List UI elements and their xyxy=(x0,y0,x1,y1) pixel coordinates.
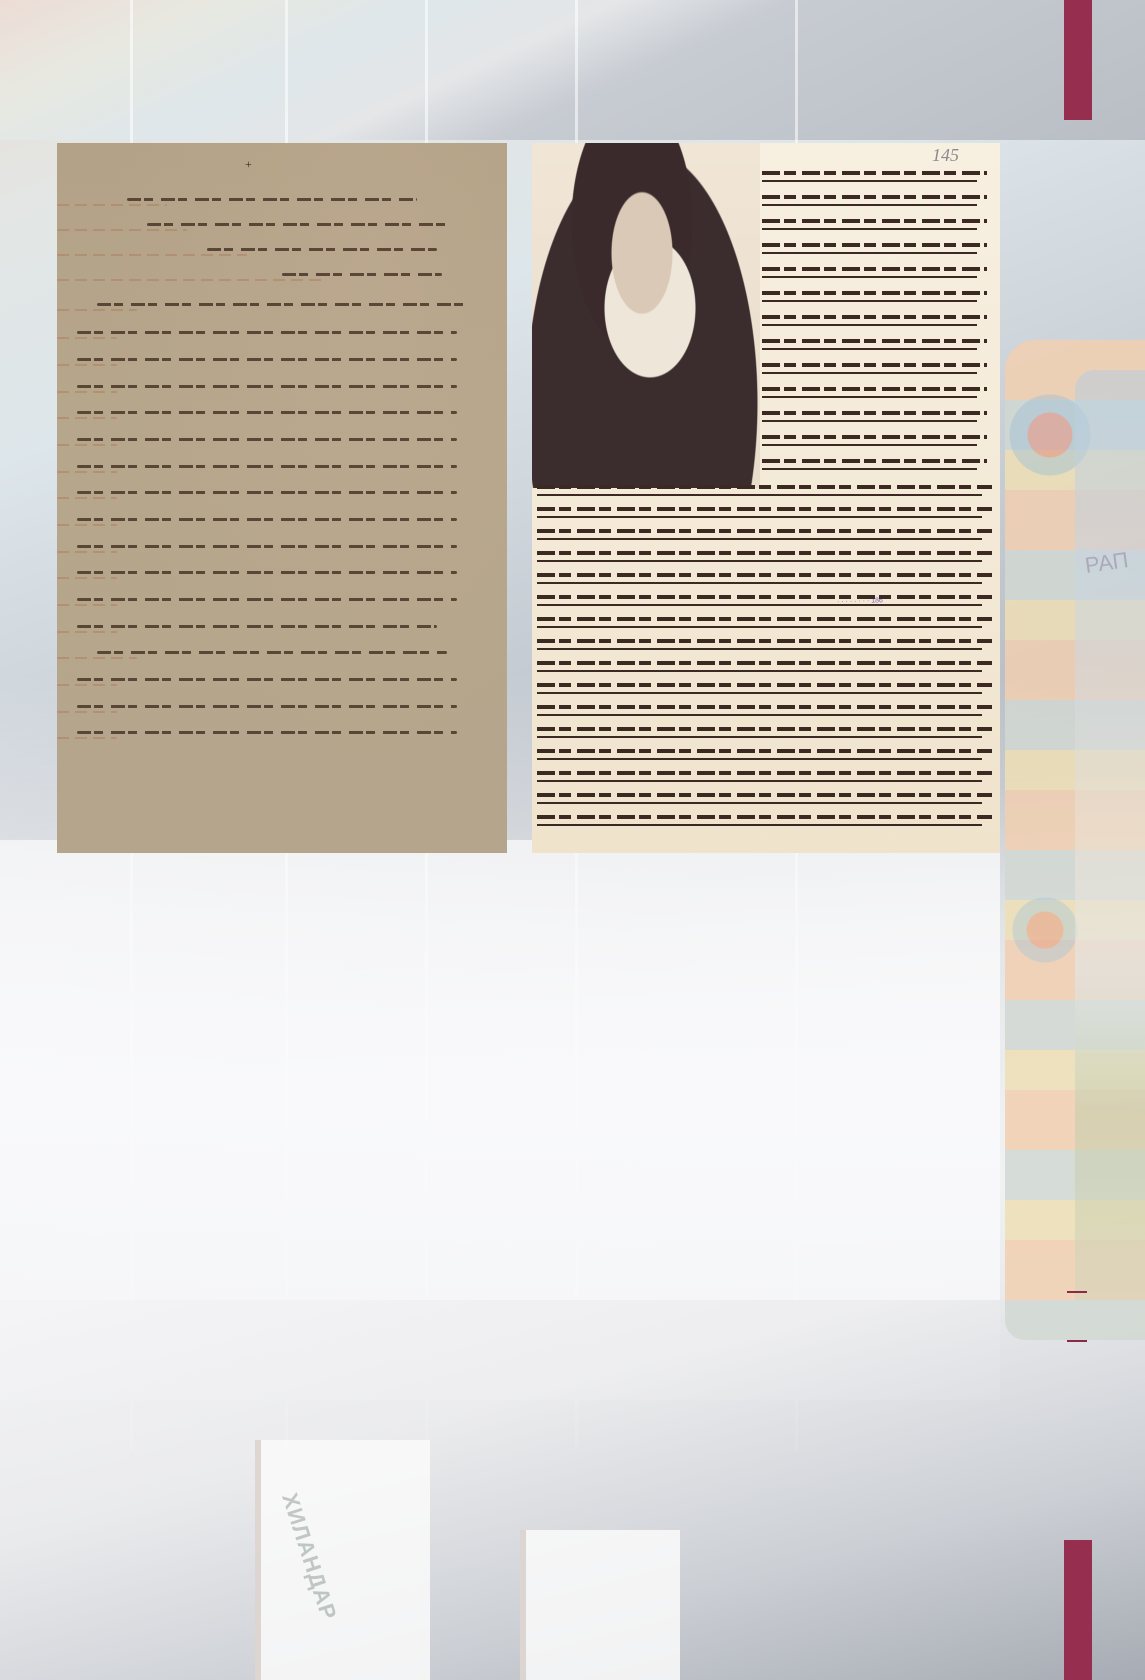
underline xyxy=(537,626,982,628)
faint-ink-bleed xyxy=(57,737,117,739)
underline xyxy=(537,736,982,738)
faint-ink-bleed xyxy=(57,577,117,579)
underline xyxy=(762,396,977,398)
handwriting-line xyxy=(77,625,437,628)
register-handwriting-line xyxy=(537,617,992,621)
underline xyxy=(537,714,982,716)
register-handwriting-line xyxy=(537,595,992,599)
register-handwriting-line xyxy=(537,749,992,753)
handwriting-line xyxy=(147,223,447,226)
register-handwriting-line xyxy=(537,639,992,643)
register-handwriting-line xyxy=(762,291,987,295)
register-handwriting-line xyxy=(537,683,992,687)
register-handwriting-line xyxy=(762,459,987,463)
faint-ink-bleed xyxy=(57,444,117,446)
accent-edge-bar-top xyxy=(1064,0,1092,120)
handwriting-line xyxy=(77,491,457,494)
faint-ink-bleed xyxy=(57,254,247,256)
handwriting-line xyxy=(77,545,457,548)
underline xyxy=(537,824,982,826)
handwriting-line xyxy=(77,705,457,708)
register-handwriting-line xyxy=(537,705,992,709)
underline xyxy=(537,758,982,760)
handwriting-line xyxy=(282,273,442,276)
register-handwriting-line xyxy=(537,551,992,555)
accent-edge-bar-bottom xyxy=(1064,1540,1092,1680)
register-handwriting-line xyxy=(537,771,992,775)
register-handwriting-line xyxy=(762,243,987,247)
faint-ink-bleed xyxy=(57,551,117,553)
archive-box: ХИЛАНДАР xyxy=(255,1440,430,1680)
register-handwriting-line xyxy=(537,485,992,489)
underline xyxy=(537,692,982,694)
monk-portrait-photo xyxy=(532,143,760,488)
register-handwriting-line xyxy=(537,793,992,797)
underline xyxy=(762,372,977,374)
handwriting-line xyxy=(77,571,457,574)
handwriting-line xyxy=(77,358,457,361)
handwriting-line xyxy=(77,518,457,521)
handwriting-line xyxy=(77,731,457,734)
faint-ink-bleed xyxy=(57,309,137,311)
register-handwriting-line xyxy=(762,267,987,271)
register-handwriting-line xyxy=(762,219,987,223)
register-handwriting-line xyxy=(762,411,987,415)
register-handwriting-line xyxy=(537,727,992,731)
handwriting-line xyxy=(77,465,457,468)
register-handwriting-line xyxy=(762,387,987,391)
underline xyxy=(762,252,977,254)
ornamental-poster: РАП xyxy=(1005,340,1145,1340)
underline xyxy=(762,228,977,230)
register-handwriting-line xyxy=(537,529,992,533)
handwriting-line xyxy=(97,303,467,306)
underline xyxy=(537,604,982,606)
page-number: 145 xyxy=(932,145,959,166)
handwriting-line xyxy=(77,385,457,388)
handwriting-line xyxy=(77,331,457,334)
underline xyxy=(537,516,982,518)
faint-ink-bleed xyxy=(57,204,167,206)
underline xyxy=(762,444,977,446)
faint-ink-bleed xyxy=(57,684,117,686)
underline xyxy=(762,348,977,350)
underline xyxy=(762,204,977,206)
underline xyxy=(537,802,982,804)
register-handwriting-line xyxy=(537,507,992,511)
handwriting-line xyxy=(77,438,457,441)
faint-ink-bleed xyxy=(57,524,117,526)
underline xyxy=(537,538,982,540)
underline xyxy=(762,276,977,278)
faint-ink-bleed xyxy=(57,604,117,606)
underline xyxy=(762,468,977,470)
register-handwriting-line xyxy=(537,661,992,665)
underline xyxy=(537,780,982,782)
register-handwriting-line xyxy=(762,363,987,367)
margin-tick-mark xyxy=(1067,1291,1087,1293)
faint-ink-bleed xyxy=(57,417,117,419)
faint-ink-bleed xyxy=(57,279,322,281)
underline xyxy=(537,560,982,562)
background-shelf-top xyxy=(0,0,1145,140)
faint-ink-bleed xyxy=(57,497,117,499)
margin-tick-mark xyxy=(1067,1340,1087,1342)
register-handwriting-line xyxy=(762,435,987,439)
register-handwriting-line xyxy=(537,573,992,577)
faint-ink-bleed xyxy=(57,471,117,473)
underline xyxy=(537,494,982,496)
underline xyxy=(537,648,982,650)
handwriting-line xyxy=(77,598,457,601)
handwriting-line xyxy=(127,198,417,201)
underline xyxy=(537,670,982,672)
register-page-image: 145 · · · · · · · · 186 xyxy=(532,143,1000,853)
faint-ink-bleed xyxy=(57,364,117,366)
faint-ink-bleed xyxy=(57,337,117,339)
register-handwriting-line xyxy=(537,815,992,819)
register-handwriting-line xyxy=(762,315,987,319)
register-handwriting-line xyxy=(762,171,987,175)
faint-ink-bleed xyxy=(57,631,117,633)
faint-ink-bleed xyxy=(57,657,137,659)
archive-box-label: ХИЛАНДАР xyxy=(276,1490,341,1624)
handwriting-line xyxy=(77,411,457,414)
underline xyxy=(762,300,977,302)
underline xyxy=(762,324,977,326)
register-handwriting-line xyxy=(762,339,987,343)
handwritten-letter-image: + xyxy=(57,143,507,853)
handwriting-line xyxy=(207,248,437,251)
underline xyxy=(537,582,982,584)
faint-ink-bleed xyxy=(57,391,117,393)
handwriting-line xyxy=(97,651,447,654)
underline xyxy=(762,180,977,182)
cross-mark: + xyxy=(245,157,252,172)
underline xyxy=(762,420,977,422)
handwriting-line xyxy=(77,678,457,681)
archive-box xyxy=(520,1530,680,1680)
faint-ink-bleed xyxy=(57,229,187,231)
poster-illustration xyxy=(1075,370,1145,1300)
register-handwriting-line xyxy=(762,195,987,199)
faint-ink-bleed xyxy=(57,711,117,713)
